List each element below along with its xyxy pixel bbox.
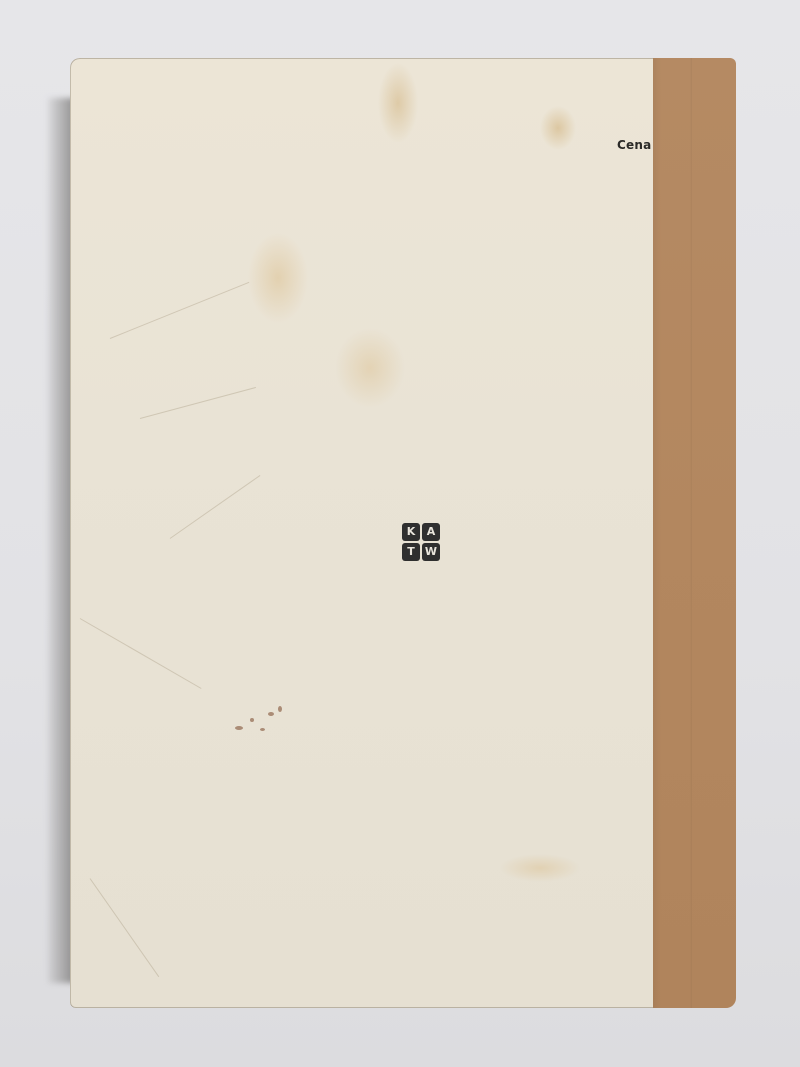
cover-crease — [90, 878, 160, 977]
logo-tile-k: K — [402, 523, 420, 541]
price-label: Cena — [617, 138, 651, 152]
publisher-logo: K A T W — [402, 523, 442, 563]
cover-crease — [80, 618, 202, 689]
book-spine — [653, 58, 736, 1008]
book: Cena K A T W — [70, 58, 736, 1008]
stain-spot — [250, 718, 254, 722]
stain-spot — [278, 706, 282, 712]
stain-spot — [235, 726, 243, 730]
logo-tile-t: T — [402, 543, 420, 561]
cover-crease — [170, 475, 261, 539]
stain-spot — [260, 728, 265, 731]
back-cover: Cena K A T W — [70, 58, 656, 1008]
logo-tile-w: W — [422, 543, 440, 561]
logo-tile-a: A — [422, 523, 440, 541]
cover-crease — [110, 282, 249, 339]
photo-scene: Cena K A T W — [0, 0, 800, 1067]
stain-spot — [268, 712, 274, 716]
cover-crease — [140, 387, 256, 419]
